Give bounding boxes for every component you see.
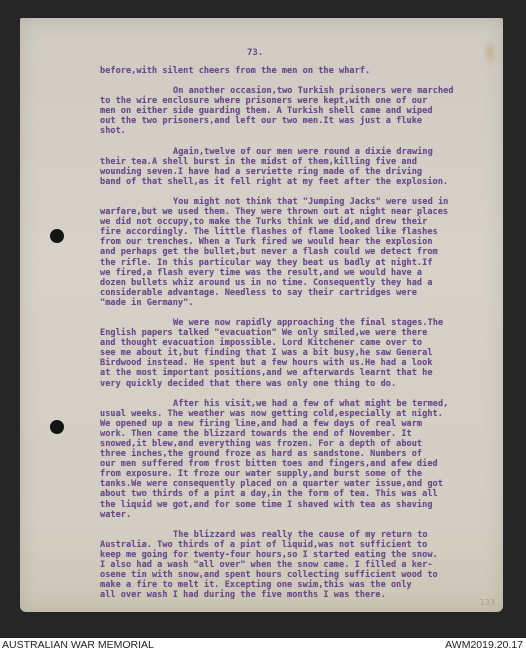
- document-body: before,with silent cheers from the men o…: [100, 66, 505, 600]
- text-line: Birdwood instead. He spent but a few hou…: [100, 358, 505, 368]
- footer: AUSTRALIAN WAR MEMORIAL AWM2019.20.17: [0, 638, 526, 653]
- paper-stain: [483, 38, 497, 68]
- paragraph: before,with silent cheers from the men o…: [100, 66, 505, 76]
- page-number: 73.: [247, 48, 263, 58]
- text-line: all over wash I had during the five mont…: [100, 590, 505, 600]
- text-line: the liquid we got,and for some time I sh…: [100, 500, 505, 510]
- text-line: I also had a wash "all over" when the sn…: [100, 560, 505, 570]
- text-line: very quickly decided that there was only…: [100, 379, 505, 389]
- institution-label: AUSTRALIAN WAR MEMORIAL: [2, 639, 154, 651]
- paragraph: Again,twelve of our men were round a dix…: [100, 147, 505, 187]
- paragraph-gap: [100, 187, 505, 197]
- text-line: dozen bullets whiz around us in no time.…: [100, 278, 505, 288]
- text-line: We opened up a new firing line,and had a…: [100, 419, 505, 429]
- scan-background: 133 73. before,with silent cheers from t…: [0, 0, 526, 638]
- paragraph: You might not think that "Jumping Jacks"…: [100, 197, 505, 308]
- paragraph: After his visit,we had a few of what mig…: [100, 399, 505, 520]
- text-line: keep me going for twenty-four hours,so I…: [100, 550, 505, 560]
- punch-hole-upper: [50, 229, 64, 243]
- text-line: men on either side guarding them. A Turk…: [100, 106, 505, 116]
- text-line: their tea.A shell burst in the midst of …: [100, 157, 505, 167]
- text-line: After his visit,we had a few of what mig…: [100, 399, 505, 409]
- text-line: usual weeks. The weather was now getting…: [100, 409, 505, 419]
- paragraph-gap: [100, 520, 505, 530]
- text-line: wounding seven.I have had a serviette ri…: [100, 167, 505, 177]
- paragraph: On another occasion,two Turkish prisoner…: [100, 86, 505, 136]
- text-line: the rifle. In this particular way they b…: [100, 258, 505, 268]
- text-line: we did not occupy,to make the Turks thin…: [100, 217, 505, 227]
- paragraph-gap: [100, 76, 505, 86]
- text-line: out the two prisoners,and left our two m…: [100, 116, 505, 126]
- text-line: water.: [100, 510, 505, 520]
- text-line: We were now rapidly approaching the fina…: [100, 318, 505, 328]
- text-line: "made in Germany".: [100, 298, 505, 308]
- text-line: shot.: [100, 126, 505, 136]
- text-line: from exposure. It froze our water supply…: [100, 469, 505, 479]
- text-line: warfare,but we used them. They were thro…: [100, 207, 505, 217]
- text-line: see me about it,but finding that I was a…: [100, 348, 505, 358]
- text-line: three inches,the ground froze as hard as…: [100, 449, 505, 459]
- text-line: snowed,it blew,and everything was frozen…: [100, 439, 505, 449]
- text-line: fire accordingly. The little flashes of …: [100, 227, 505, 237]
- text-line: before,with silent cheers from the men o…: [100, 66, 505, 76]
- text-line: at the most important positions,and we a…: [100, 368, 505, 378]
- paragraph-gap: [100, 389, 505, 399]
- paragraph: The blizzard was really the cause of my …: [100, 530, 505, 601]
- text-line: our men suffered from frost bitten toes …: [100, 459, 505, 469]
- text-line: considerable advantage. Needless to say …: [100, 288, 505, 298]
- text-line: make a fire to melt it. Excepting one sw…: [100, 580, 505, 590]
- paragraph-gap: [100, 137, 505, 147]
- accession-number: AWM2019.20.17: [445, 639, 523, 651]
- text-line: tanks.We were consequently placed on a q…: [100, 479, 505, 489]
- text-line: band of that shell,as it fell right at m…: [100, 177, 505, 187]
- text-line: English papers talked "evacuation" We on…: [100, 328, 505, 338]
- paragraph-gap: [100, 308, 505, 318]
- text-line: On another occasion,two Turkish prisoner…: [100, 86, 505, 96]
- text-line: about two thirds of a pint a day,in the …: [100, 489, 505, 499]
- paragraph: We were now rapidly approaching the fina…: [100, 318, 505, 389]
- punch-hole-lower: [50, 420, 64, 434]
- text-line: You might not think that "Jumping Jacks"…: [100, 197, 505, 207]
- text-line: and thought evacuation impossible. Lord …: [100, 338, 505, 348]
- text-line: Australia. Two thirds of a pint of liqui…: [100, 540, 505, 550]
- text-line: from our trenches. When a Turk fired we …: [100, 237, 505, 247]
- text-line: osene tin with snow,and spent hours coll…: [100, 570, 505, 580]
- text-line: we fired,a flash every time was the resu…: [100, 268, 505, 278]
- text-line: Again,twelve of our men were round a dix…: [100, 147, 505, 157]
- text-line: work. Then came the blizzard towards the…: [100, 429, 505, 439]
- text-line: The blizzard was really the cause of my …: [100, 530, 505, 540]
- text-line: and perhaps get the bullet,but never a f…: [100, 247, 505, 257]
- text-line: to the wire enclosure where prisoners we…: [100, 96, 505, 106]
